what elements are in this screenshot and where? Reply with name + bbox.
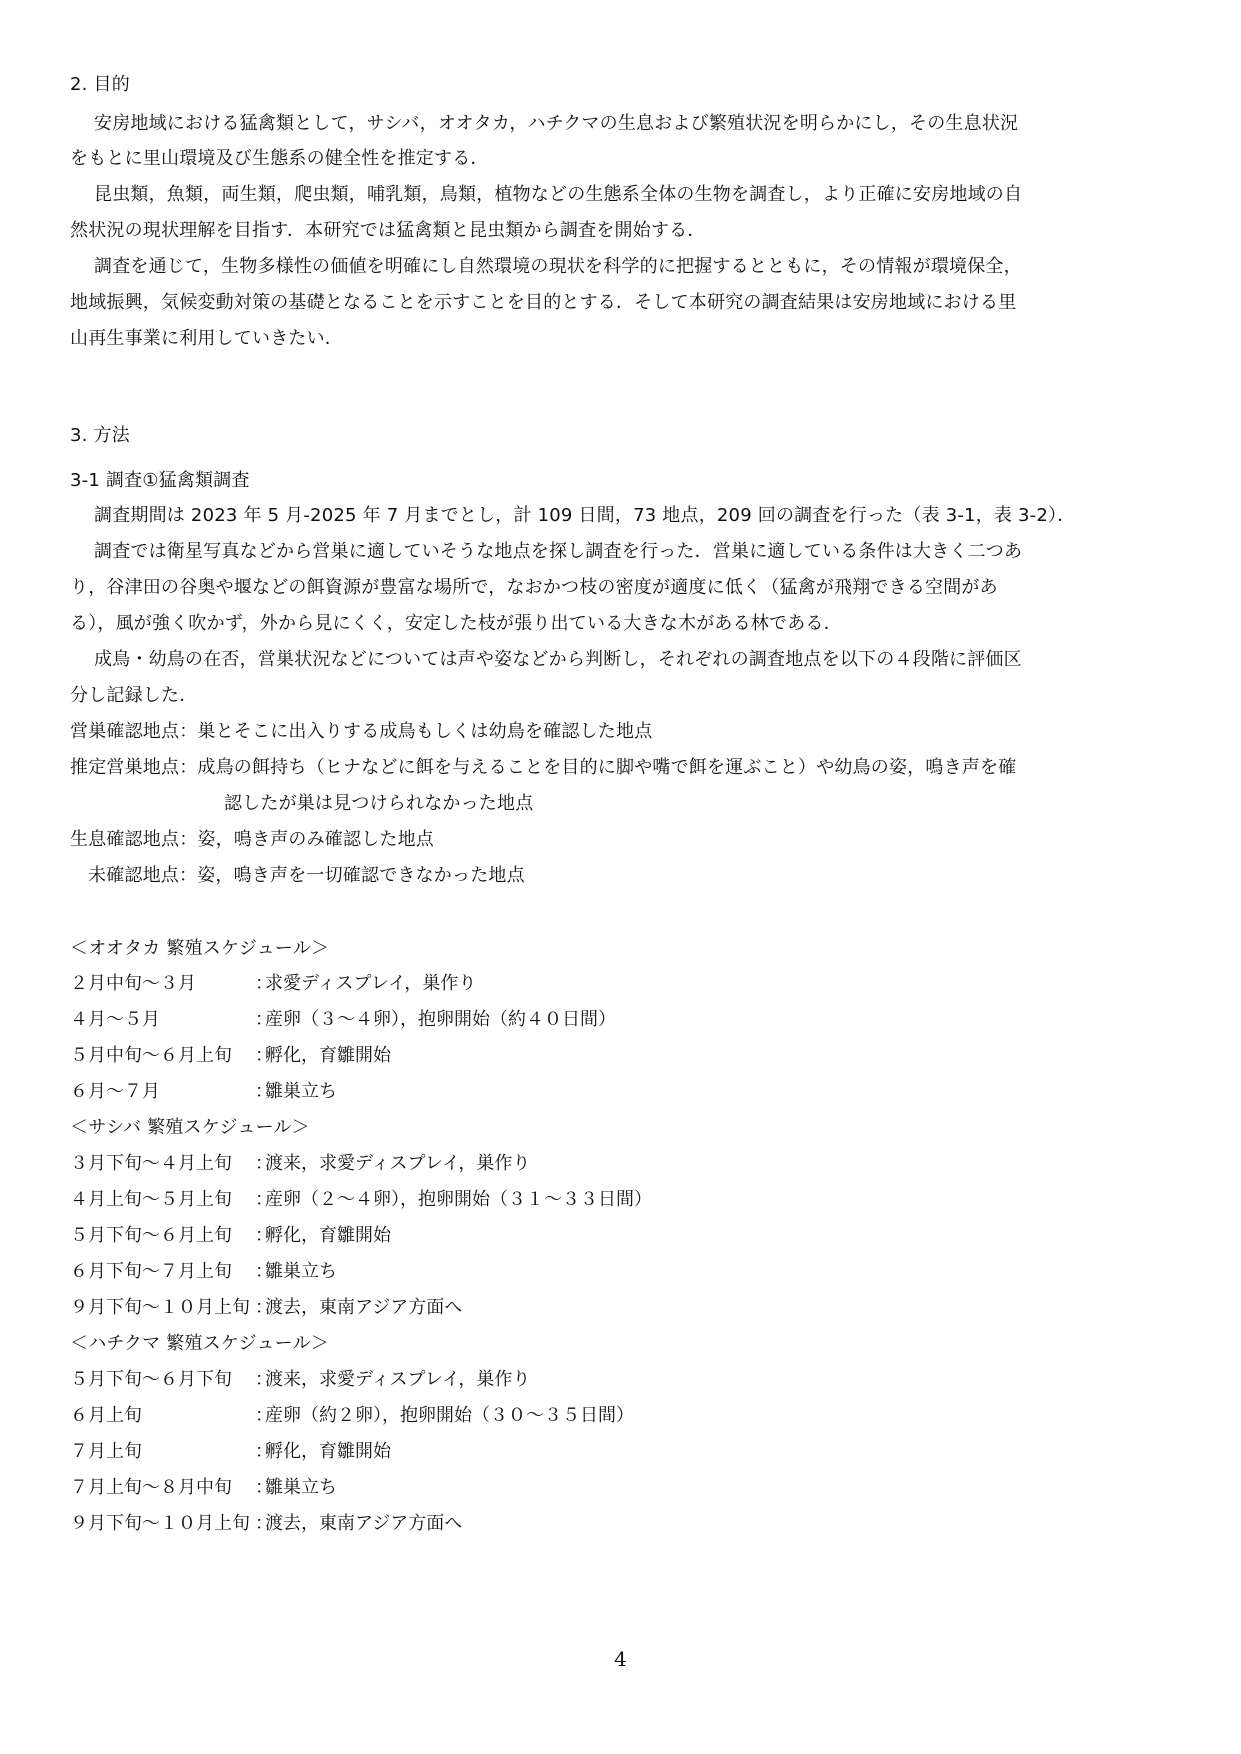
schedule-period: ６月～７月	[70, 1080, 160, 1104]
schedule-title-honey-buzzard: ＜ハチクマ 繁殖スケジュール＞	[70, 1332, 329, 1356]
schedule-desc: 雛巣立ち	[265, 1476, 337, 1500]
schedule-desc: 孵化，育雛開始	[265, 1224, 391, 1248]
schedule-period: ４月上旬～５月上旬	[70, 1188, 232, 1212]
schedule-desc: 孵化，育雛開始	[265, 1440, 391, 1464]
schedule-period: ４月～５月	[70, 1008, 160, 1032]
category-term: 推定営巣地点：	[70, 757, 197, 778]
paragraph-line: 安房地域における猛禽類として，サシバ，オオタカ，ハチクマの生息および繁殖状況を明…	[94, 112, 1018, 136]
schedule-period: ５月中旬～６月上旬	[70, 1044, 232, 1068]
schedule-period: ６月上旬	[70, 1404, 142, 1428]
category-desc: 姿，鳴き声のみ確認した地点	[197, 829, 434, 850]
category-term: 営巣確認地点：	[70, 721, 197, 742]
section-heading-purpose: 2. 目的	[70, 73, 130, 97]
category-desc: 姿，鳴き声を一切確認できなかった地点	[197, 865, 525, 886]
category-unconfirmed: 未確認地点：姿，鳴き声を一切確認できなかった地点	[88, 864, 525, 888]
paragraph-line: 地域振興，気候変動対策の基礎となることを示すことを目的とする．そして本研究の調査…	[70, 291, 1016, 315]
document-page: 2. 目的 安房地域における猛禽類として，サシバ，オオタカ，ハチクマの生息および…	[0, 0, 1241, 1754]
paragraph-line: 調査を通じて，生物多様性の価値を明確にし自然環境の現状を科学的に把握するとともに…	[94, 255, 1022, 279]
category-habitat-confirmed: 生息確認地点：姿，鳴き声のみ確認した地点	[70, 828, 434, 852]
schedule-desc: 渡来，求愛ディスプレイ，巣作り	[265, 1152, 530, 1176]
schedule-desc: 求愛ディスプレイ，巣作り	[265, 972, 476, 996]
schedule-desc: 渡去，東南アジア方面へ	[265, 1512, 462, 1536]
category-term: 未確認地点：	[88, 865, 197, 886]
category-nest-estimated: 推定営巣地点：成鳥の餌持ち（ヒナなどに餌を与えることを目的に脚や嘴で餌を運ぶこと…	[70, 756, 1016, 780]
paragraph-line: 調査期間は 2023 年 5 月-2025 年 7 月までとし，計 109 日間…	[94, 504, 1075, 528]
paragraph-line: 山再生事業に利用していきたい．	[70, 327, 343, 351]
category-nest-confirmed: 営巣確認地点：巣とそこに出入りする成鳥もしくは幼鳥を確認した地点	[70, 720, 652, 744]
schedule-desc: 産卵（約２卵），抱卵開始（３０～３５日間）	[265, 1404, 634, 1428]
category-desc: 成鳥の餌持ち（ヒナなどに餌を与えることを目的に脚や嘴で餌を運ぶこと）や幼鳥の姿，…	[197, 757, 1016, 778]
schedule-desc: 産卵（３～４卵），抱卵開始（約４０日間）	[265, 1008, 616, 1032]
schedule-period: ７月上旬	[70, 1440, 142, 1464]
paragraph-line: 然状況の現状理解を目指す．本研究では猛禽類と昆虫類から調査を開始する．	[70, 219, 706, 243]
schedule-period: ６月下旬～７月上旬	[70, 1260, 232, 1284]
schedule-desc: 産卵（２～４卵），抱卵開始（３１～３３日間）	[265, 1188, 652, 1212]
category-desc-continued: 認したが巣は見つけられなかった地点	[224, 792, 533, 816]
schedule-title-goshawk: ＜オオタカ 繁殖スケジュール＞	[70, 937, 329, 961]
paragraph-line: 成鳥・幼鳥の在否，営巣状況などについては声や姿などから判断し，それぞれの調査地点…	[94, 648, 1022, 672]
page-number: 4	[0, 1647, 1241, 1671]
schedule-period: ９月下旬～１０月上旬	[70, 1296, 250, 1320]
section-heading-method: 3. 方法	[70, 424, 130, 448]
schedule-period: ５月下旬～６月上旬	[70, 1224, 232, 1248]
category-desc: 巣とそこに出入りする成鳥もしくは幼鳥を確認した地点	[197, 721, 652, 742]
schedule-period: ３月下旬～４月上旬	[70, 1152, 232, 1176]
paragraph-line: る），風が強く吹かず，外から見にくく，安定した枝が張り出ている大きな木がある林で…	[70, 612, 842, 636]
category-term: 生息確認地点：	[70, 829, 197, 850]
schedule-desc: 孵化，育雛開始	[265, 1044, 391, 1068]
schedule-title-sashiba: ＜サシバ 繁殖スケジュール＞	[70, 1116, 310, 1140]
schedule-period: ７月上旬～８月中旬	[70, 1476, 232, 1500]
paragraph-line: 昆虫類，魚類，両生類，爬虫類，哺乳類，鳥類，植物などの生態系全体の生物を調査し，…	[94, 183, 1022, 207]
schedule-period: ２月中旬～３月	[70, 972, 196, 996]
paragraph-line: 分し記録した．	[70, 684, 197, 708]
paragraph-line: り，谷津田の谷奥や堰などの餌資源が豊富な場所で，なおかつ枝の密度が適度に低く（猛…	[70, 576, 998, 600]
paragraph-line: 調査では衛星写真などから営巣に適していそうな地点を探し調査を行った．営巣に適して…	[94, 540, 1022, 564]
schedule-period: ５月下旬～６月下旬	[70, 1368, 232, 1392]
paragraph-line: をもとに里山環境及び生態系の健全性を推定する．	[70, 147, 489, 171]
schedule-desc: 雛巣立ち	[265, 1260, 337, 1284]
schedule-desc: 渡去，東南アジア方面へ	[265, 1296, 462, 1320]
schedule-period: ９月下旬～１０月上旬	[70, 1512, 250, 1536]
subsection-heading: 3-1 調査①猛禽類調査	[70, 469, 250, 493]
schedule-desc: 渡来，求愛ディスプレイ，巣作り	[265, 1368, 530, 1392]
schedule-desc: 雛巣立ち	[265, 1080, 337, 1104]
